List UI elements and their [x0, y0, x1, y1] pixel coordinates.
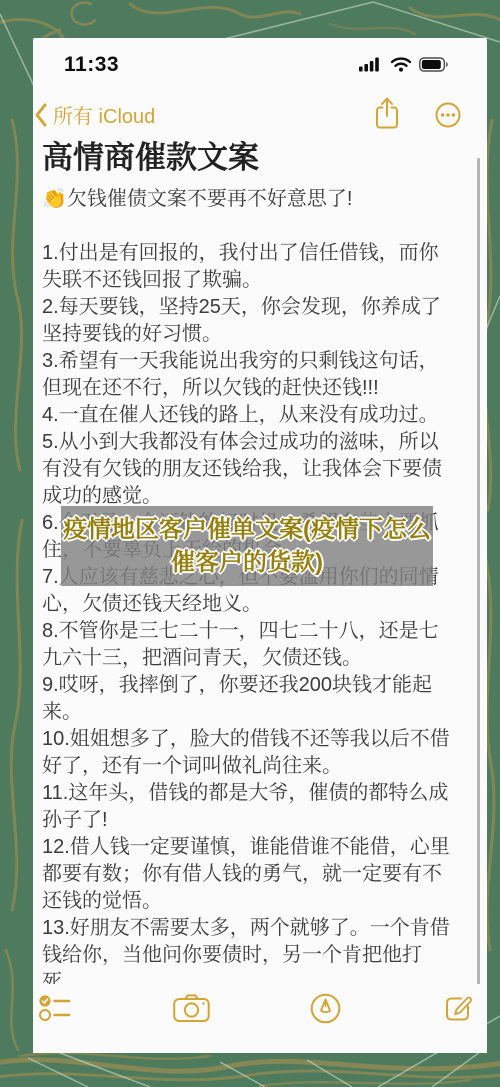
note-line: 2.每天要钱，坚持25天，你会发现，你养成了坚持要钱的好习惯。 [42, 294, 458, 348]
watermark-line1: 疫情地区客户催单文案(疫情下怎么 [61, 513, 433, 546]
note-line: 5.从小到大我都没有体会过成功的滋味，所以有没有欠钱的朋友还钱给我，让我体会下要… [42, 429, 458, 510]
markup-icon [310, 993, 341, 1024]
status-bar: 11:33 [33, 50, 487, 80]
note-intro: 👏欠钱催债文案不要再不好意思了! [42, 186, 458, 213]
back-button[interactable]: 所有 iCloud [34, 100, 155, 129]
note-line: 10.姐姐想多了，脸大的借钱不还等我以后不借好了，还有一个词叫做礼尚往来。 [42, 726, 458, 780]
note-line: 4.一直在催人还钱的路上，从来没有成功过。 [42, 402, 458, 429]
markup-button[interactable] [310, 993, 341, 1024]
scrollbar[interactable] [477, 158, 480, 1003]
note-line: 9.哎呀，我摔倒了，你要还我200块钱才能起来。 [42, 672, 458, 726]
status-time: 11:33 [64, 53, 119, 77]
decorated-frame: 11:33 [0, 0, 500, 1087]
watermark-overlay: 疫情地区客户催单文案(疫情下怎么 催客户的货款) [61, 506, 433, 586]
note-line: 13.好朋友不需要太多，两个就够了。一个肯借钱给你，当他问你要债时，另一个肯把他… [42, 915, 458, 986]
note-line: 8.不管你是三七二十一，四七二十八，还是七九六十三，把酒问青天，欠债还钱。 [42, 618, 458, 672]
note-line: 3.希望有一天我能说出我穷的只剩钱这句话，但现在还不行，所以欠钱的赶快还钱!!! [42, 348, 458, 402]
cellular-signal-icon [359, 57, 383, 72]
note-line: 1.付出是有回报的，我付出了信任借钱，而你失联不还钱回报了欺骗。 [42, 240, 458, 294]
wifi-icon [390, 56, 412, 72]
checklist-button[interactable] [38, 993, 72, 1023]
back-label: 所有 iCloud [53, 100, 155, 129]
share-button[interactable] [374, 96, 400, 132]
camera-button[interactable] [173, 993, 210, 1023]
note-title: 高情商催款文案 [42, 132, 259, 177]
back-chevron-icon [34, 102, 48, 128]
checklist-icon [38, 993, 72, 1023]
note-line: 12.借人钱一定要谨慎，谁能借谁不能借，心里都要有数；你有借人钱的勇气，就一定要… [42, 834, 458, 915]
more-button[interactable] [435, 102, 461, 131]
note-body[interactable]: 👏欠钱催债文案不要再不好意思了! 1.付出是有回报的，我付出了信任借钱，而你失联… [42, 186, 458, 986]
compose-button[interactable] [442, 993, 473, 1024]
share-icon [374, 96, 400, 129]
battery-icon [419, 57, 450, 72]
compose-icon [442, 993, 473, 1024]
watermark-line2: 催客户的货款) [61, 546, 433, 579]
camera-icon [173, 993, 210, 1023]
status-icons [359, 56, 450, 72]
note-line: 11.这年头，借钱的都是大爷，催债的都特么成孙子了! [42, 780, 458, 834]
ellipsis-icon [435, 102, 461, 128]
notes-app-screenshot: 11:33 [33, 38, 487, 1053]
bottom-toolbar [33, 984, 487, 1053]
